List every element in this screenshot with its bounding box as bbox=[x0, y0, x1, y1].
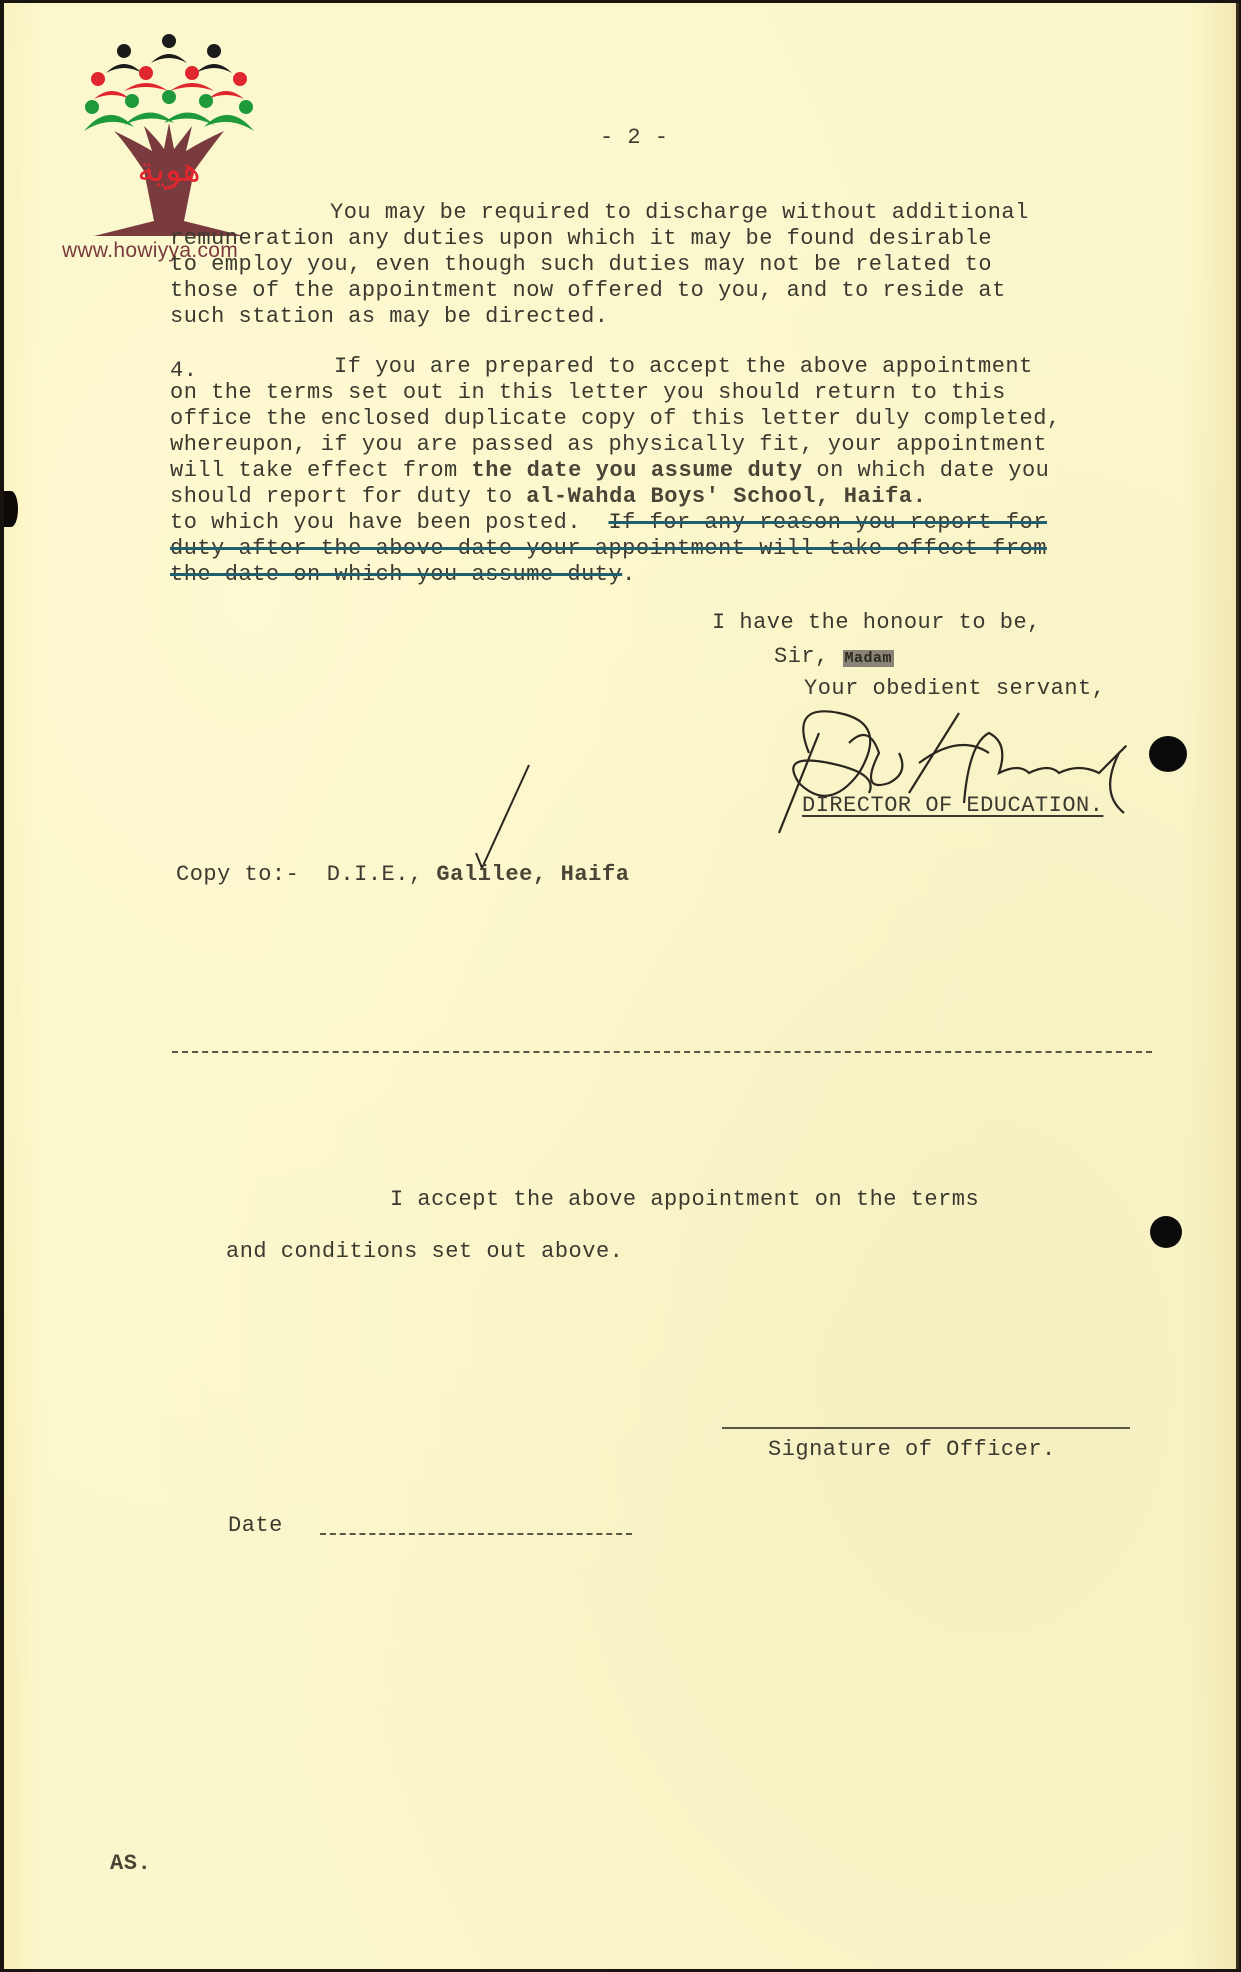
signature-line[interactable] bbox=[722, 1427, 1130, 1429]
filled-recipient-location: Galilee, Haifa bbox=[436, 862, 629, 887]
date-line[interactable] bbox=[320, 1533, 632, 1535]
para4-line-5: will take effect from the date you assum… bbox=[170, 458, 1049, 484]
acceptance-line-2: and conditions set out above. bbox=[226, 1239, 623, 1265]
copy-to-line: Copy to:- D.I.E., Galilee, Haifa bbox=[176, 862, 630, 888]
hole-punch-mark bbox=[1150, 1216, 1182, 1248]
para4-line-4: whereupon, if you are passed as physical… bbox=[170, 432, 1047, 458]
struck-text: duty after the above date your appointme… bbox=[170, 536, 1047, 561]
para3-line-3: to employ you, even though such duties m… bbox=[170, 252, 992, 278]
hole-punch-mark bbox=[1149, 736, 1187, 772]
para3-line-1: You may be required to discharge without… bbox=[330, 200, 1029, 226]
signatory-title: DIRECTOR OF EDUCATION. bbox=[802, 793, 1103, 819]
para3-line-2: remuneration any duties upon which it ma… bbox=[170, 226, 992, 252]
para4-line-6: should report for duty to al-Wahda Boys'… bbox=[170, 484, 927, 510]
date-label: Date bbox=[228, 1513, 283, 1539]
struck-text: the date on which you assume duty bbox=[170, 562, 622, 587]
para4-line-7: to which you have been posted. If for an… bbox=[170, 510, 1047, 536]
closing-sir: Sir, Madam bbox=[774, 644, 894, 672]
para4-line-2: on the terms set out in this letter you … bbox=[170, 380, 1006, 406]
para4-line-1: If you are prepared to accept the above … bbox=[334, 354, 1033, 380]
document-page: هوية www.howiyya.com - 2 - You may be re… bbox=[4, 3, 1239, 1969]
para4-line-9: the date on which you assume duty. bbox=[170, 562, 636, 588]
para4-line-3: office the enclosed duplicate copy of th… bbox=[170, 406, 1061, 432]
para4-line-8: duty after the above date your appointme… bbox=[170, 536, 1047, 562]
svg-text:هوية: هوية bbox=[137, 150, 200, 190]
handwritten-signature-icon bbox=[759, 693, 1149, 843]
checkmark-icon bbox=[474, 763, 534, 873]
typist-initials: AS. bbox=[110, 1851, 151, 1877]
closing-honour: I have the honour to be, bbox=[712, 610, 1041, 636]
section-divider bbox=[172, 1051, 1152, 1053]
para3-line-4: those of the appointment now offered to … bbox=[170, 278, 1006, 304]
redacted-madam: Madam bbox=[843, 650, 895, 667]
page-number: - 2 - bbox=[600, 125, 669, 151]
filled-assumption-date: the date you assume duty bbox=[471, 458, 802, 483]
para3-line-5: such station as may be directed. bbox=[170, 304, 608, 330]
acceptance-line-1: I accept the above appointment on the te… bbox=[390, 1187, 979, 1213]
filled-school-name: al-Wahda Boys' School, Haifa. bbox=[526, 484, 926, 509]
signature-of-officer-label: Signature of Officer. bbox=[768, 1437, 1056, 1463]
edge-stain bbox=[4, 491, 18, 527]
struck-text: If for any reason you report for bbox=[608, 510, 1046, 535]
tree-logo-icon: هوية bbox=[84, 31, 254, 241]
